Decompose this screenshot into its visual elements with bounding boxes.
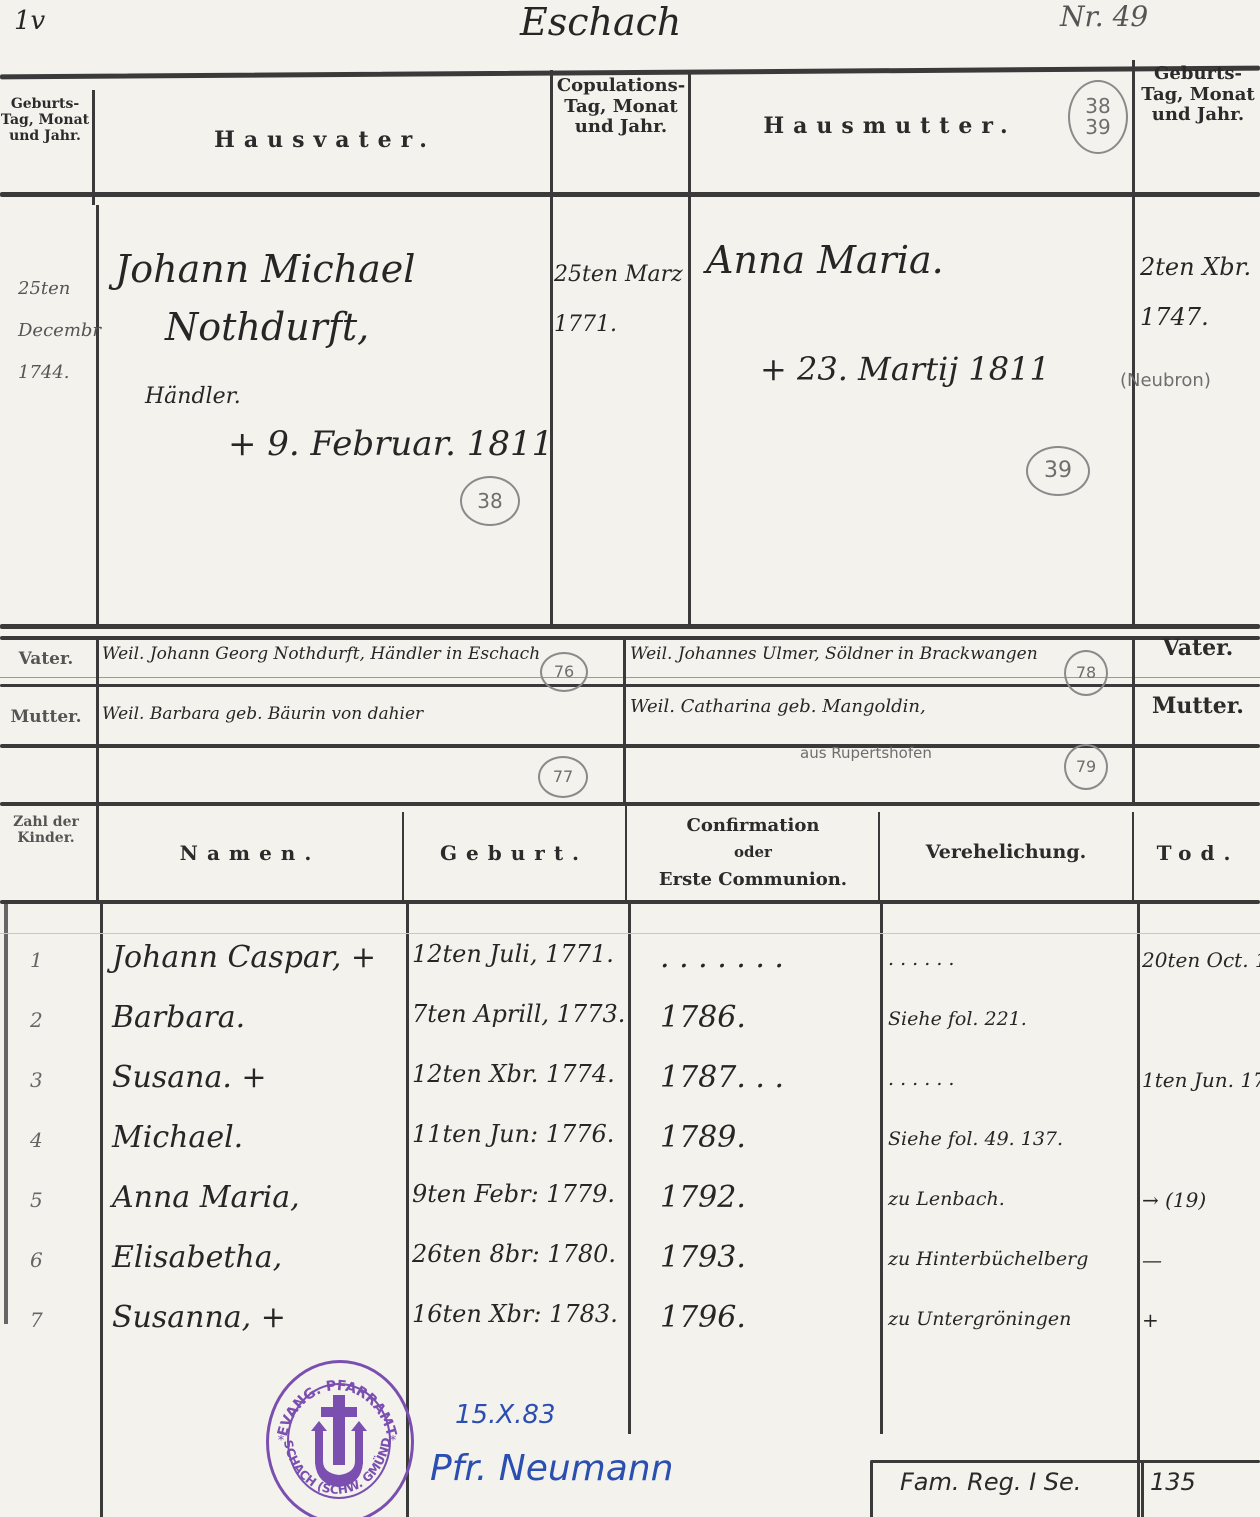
child-marriage: Siehe fol. 221. — [888, 1008, 1027, 1030]
col-child-names: Namen. — [100, 842, 400, 865]
child-num: 6 — [30, 1248, 43, 1272]
child-num: 7 — [30, 1308, 43, 1332]
child-birth: 12ten Juli, 1771. — [412, 940, 614, 968]
child-marriage: zu Untergröningen — [888, 1308, 1071, 1330]
child-confirmation: 1792. — [660, 1180, 746, 1215]
rule-v — [92, 90, 95, 205]
rule-mutter-bottom — [0, 744, 1260, 748]
rule-v — [100, 904, 103, 1517]
child-death: + — [1142, 1308, 1159, 1332]
col-father-birth: Geburts-Tag, Monat und Jahr. — [0, 96, 90, 144]
father-death: + 9. Februar. 1811 — [228, 424, 553, 464]
child-confirmation: 1789. — [660, 1120, 746, 1155]
corner-note-right: Nr. 49 — [1060, 0, 1148, 33]
rule-header-bottom — [0, 192, 1260, 197]
register-label: Fam. Reg. I Se. — [900, 1468, 1081, 1496]
rule-v — [880, 904, 883, 1434]
father-ref-circle: 38 — [460, 476, 520, 526]
col-child-num: Zahl der Kinder. — [0, 814, 92, 846]
label-vater-right: Vater. — [1136, 636, 1260, 661]
col-child-birth: Geburt. — [404, 842, 624, 865]
child-birth: 7ten Aprill, 1773. — [412, 1000, 625, 1028]
col-hausmutter: Hausmutter. — [700, 114, 1080, 139]
child-num: 5 — [30, 1188, 43, 1212]
child-num: 3 — [30, 1068, 43, 1092]
child-death: → (19) — [1142, 1188, 1206, 1212]
rule-v — [96, 806, 99, 904]
col-copulation: Copulations-Tag, Monat und Jahr. — [556, 76, 686, 138]
rule-parents-top — [0, 636, 1260, 640]
father-surname: Nothdurft, — [115, 298, 415, 356]
child-name: Susana. + — [112, 1060, 267, 1095]
child-name: Barbara. — [112, 1000, 245, 1035]
rule-v — [1132, 636, 1135, 804]
child-birth: 12ten Xbr. 1774. — [412, 1060, 615, 1088]
col-child-marriage: Verehelichung. — [880, 842, 1132, 864]
marriage-year: 1771. — [554, 300, 683, 350]
father-birth-month: Decembr — [18, 310, 101, 352]
child-death: — — [1142, 1248, 1162, 1272]
child-name: Elisabetha, — [112, 1240, 282, 1275]
ref-circle-38-39: 38 39 — [1068, 80, 1128, 154]
child-death: 1ten Jun. 1777 — [1142, 1068, 1260, 1092]
mother-origin: (Neubron) — [1120, 370, 1211, 391]
father-father-ref: 76 — [540, 652, 588, 692]
col-child-death: Tod. — [1136, 842, 1260, 865]
father-birth-date: 25ten Decembr 1744. — [18, 268, 101, 394]
mother-birth-year: 1747. — [1140, 292, 1251, 342]
rule-v — [623, 636, 626, 804]
child-confirmation: 1793. — [660, 1240, 746, 1275]
cross-anchor-icon — [299, 1391, 379, 1491]
rule-v — [550, 70, 553, 625]
rule-v — [1137, 904, 1140, 1517]
register-page: 135 — [1150, 1468, 1196, 1496]
child-confirmation: . . . . . . . — [660, 940, 784, 975]
father-father: Weil. Johann Georg Nothdurft, Händler in… — [102, 644, 540, 664]
mother-mother-note: aus Rupertshofen — [800, 744, 932, 762]
confirmation-line: oder — [628, 839, 878, 866]
svg-text:*: * — [278, 1433, 284, 1447]
child-marriage: . . . . . . — [888, 1068, 954, 1090]
father-birth-year: 1744. — [18, 352, 101, 394]
rule-v — [625, 806, 627, 904]
place-title: Eschach — [520, 0, 681, 44]
label-mutter-right: Mutter. — [1136, 694, 1260, 719]
rule-faint — [0, 933, 1260, 934]
rule-v — [628, 904, 631, 1434]
certification-signature: Pfr. Neumann — [430, 1448, 673, 1489]
mother-father: Weil. Johannes Ulmer, Söldner in Brackwa… — [630, 644, 1038, 664]
label-mutter-left: Mutter. — [0, 708, 92, 728]
mother-death: + 23. Martij 1811 — [760, 350, 1050, 388]
child-birth: 16ten Xbr: 1783. — [412, 1300, 618, 1328]
rule-v — [4, 904, 8, 1324]
child-num: 4 — [30, 1128, 43, 1152]
rule-v — [1141, 1460, 1144, 1517]
mother-mother-ref: 79 — [1064, 744, 1108, 790]
child-marriage: . . . . . . — [888, 948, 954, 970]
child-marriage: Siehe fol. 49. 137. — [888, 1128, 1063, 1150]
mother-father-ref: 78 — [1064, 650, 1108, 696]
child-birth: 11ten Jun: 1776. — [412, 1120, 614, 1148]
father-mother-ref: 77 — [538, 756, 588, 798]
rule-couple-bottom — [0, 624, 1260, 629]
label-vater-left: Vater. — [0, 650, 92, 670]
child-birth: 9ten Febr: 1779. — [412, 1180, 615, 1208]
child-death: 20ten Oct. 1778. — [1142, 948, 1260, 972]
marriage-date: 25ten Marz 1771. — [554, 250, 683, 350]
child-confirmation: 1796. — [660, 1300, 746, 1335]
col-mother-birth: Geburts-Tag, Monat und Jahr. — [1136, 64, 1260, 126]
child-name: Johann Caspar, + — [112, 940, 376, 975]
ref-number: 38 — [1085, 96, 1110, 117]
rule-v — [688, 70, 691, 625]
child-birth: 26ten 8br: 1780. — [412, 1240, 616, 1268]
mother-name: Anna Maria. — [706, 238, 944, 282]
child-name: Michael. — [112, 1120, 243, 1155]
father-mother: Weil. Barbara geb. Bäurin von dahier — [102, 704, 423, 724]
child-marriage: zu Lenbach. — [888, 1188, 1005, 1210]
child-confirmation: 1786. — [660, 1000, 746, 1035]
marriage-day-month: 25ten Marz — [554, 250, 683, 300]
child-num: 1 — [30, 948, 43, 972]
mother-birth-daymonth: 2ten Xbr. — [1140, 242, 1251, 292]
child-confirmation: 1787. . . — [660, 1060, 784, 1095]
child-marriage: zu Hinterbüchelberg — [888, 1248, 1088, 1270]
child-name: Susanna, + — [112, 1300, 286, 1335]
rule-parents-bottom — [0, 802, 1260, 806]
father-birth-day: 25ten — [18, 268, 101, 310]
father-given-names: Johann Michael — [115, 240, 415, 298]
ref-number: 39 — [1085, 117, 1110, 138]
rule-v — [870, 1462, 873, 1517]
mother-mother: Weil. Catharina geb. Mangoldin, — [630, 696, 926, 717]
corner-note-left: 1v — [14, 6, 45, 36]
rule-v — [96, 636, 99, 804]
col-hausvater: Hausvater. — [100, 128, 550, 153]
child-num: 2 — [30, 1008, 43, 1032]
confirmation-line: Confirmation — [628, 812, 878, 839]
certification-date: 15.X.83 — [455, 1400, 556, 1430]
confirmation-line: Erste Communion. — [628, 866, 878, 893]
father-name: Johann Michael Nothdurft, — [115, 240, 415, 356]
mother-birth-date: 2ten Xbr. 1747. — [1140, 242, 1251, 342]
child-name: Anna Maria, — [112, 1180, 300, 1215]
rule-v — [1132, 812, 1134, 902]
rule-v — [1132, 60, 1135, 625]
col-child-confirmation: Confirmation oder Erste Communion. — [628, 812, 878, 893]
rule-footer-top — [870, 1460, 1260, 1463]
father-occupation: Händler. — [145, 384, 241, 409]
parish-stamp: EVANG. PFARRAMT ESCHACH (SCHW. GMÜND) * … — [266, 1360, 414, 1517]
mother-ref-circle: 39 — [1026, 446, 1090, 496]
